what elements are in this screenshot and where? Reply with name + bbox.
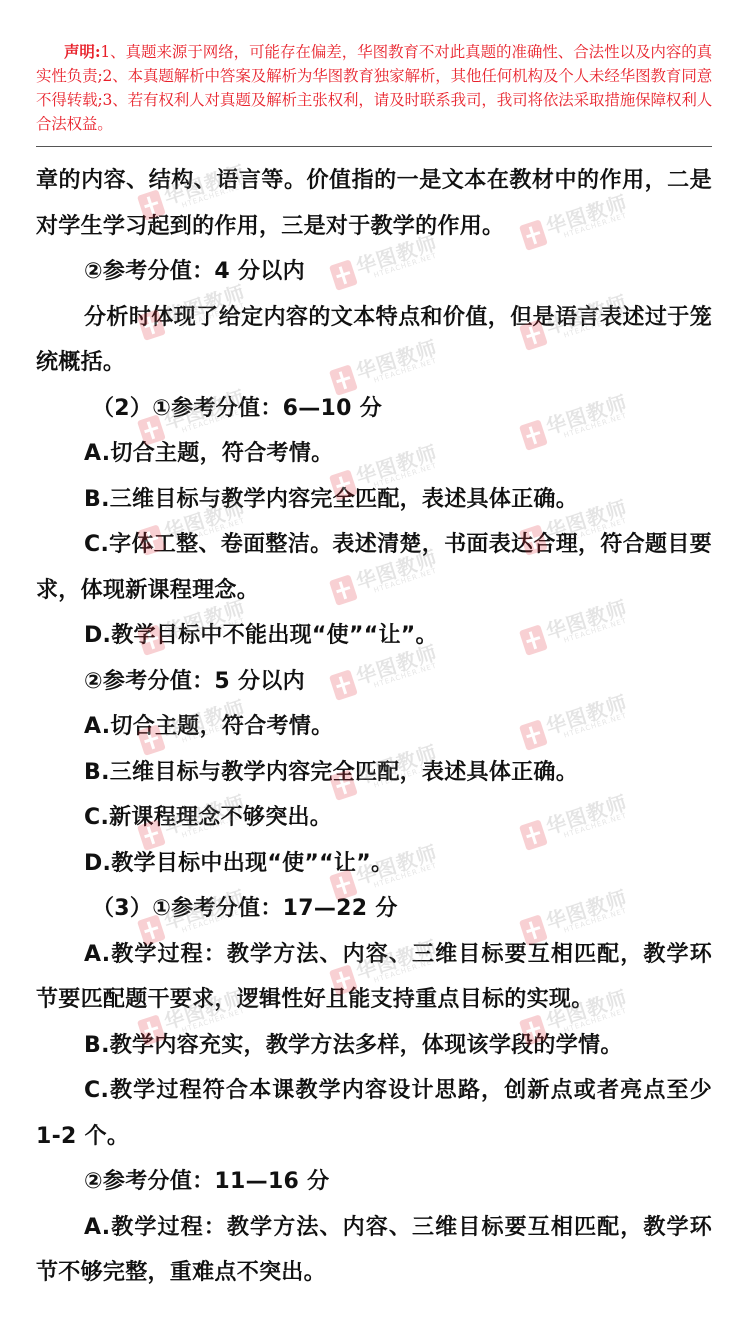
criterion-q2-l1-d: D.教学目标中不能出现“使”“让”。 [36, 613, 712, 659]
copyright-disclaimer: 声明:1、真题来源于网络，可能存在偏差，华图教育不对此真题的准确性、合法性以及内… [36, 40, 712, 136]
paragraph-score-q3-level1: （3）①参考分值：17—22 分 [36, 886, 712, 932]
criterion-q2-l2-b: B.三维目标与教学内容完全匹配，表述具体正确。 [36, 750, 712, 796]
criterion-q2-l2-a: A.切合主题，符合考情。 [36, 704, 712, 750]
criterion-q3-l1-a: A.教学过程：教学方法、内容、三维目标要互相匹配，教学环节要匹配题干要求，逻辑性… [36, 932, 712, 1023]
criterion-q3-l2-a: A.教学过程：教学方法、内容、三维目标要互相匹配，教学环节不够完整，重难点不突出… [36, 1205, 712, 1296]
criterion-q2-l1-b: B.三维目标与教学内容完全匹配，表述具体正确。 [36, 477, 712, 523]
paragraph-score-q1-level2: ②参考分值：4 分以内 [36, 249, 712, 295]
disclaimer-text: 1、真题来源于网络，可能存在偏差，华图教育不对此真题的准确性、合法性以及内容的真… [36, 43, 712, 133]
criterion-q3-l1-b: B.教学内容充实，教学方法多样，体现该学段的学情。 [36, 1023, 712, 1069]
answer-key-body: 章的内容、结构、语言等。价值指的一是文本在教材中的作用，二是对学生学习起到的作用… [36, 158, 712, 1296]
document-page: 声明:1、真题来源于网络，可能存在偏差，华图教育不对此真题的准确性、合法性以及内… [0, 0, 748, 1334]
criterion-q2-l2-d: D.教学目标中出现“使”“让”。 [36, 841, 712, 887]
disclaimer-lead: 声明: [64, 42, 100, 61]
paragraph-value-analysis: 章的内容、结构、语言等。价值指的一是文本在教材中的作用，二是对学生学习起到的作用… [36, 158, 712, 249]
paragraph-score-q3-level2: ②参考分值：11—16 分 [36, 1159, 712, 1205]
criterion-q2-l2-c: C.新课程理念不够突出。 [36, 795, 712, 841]
paragraph-score-q2-level1: （2）①参考分值：6—10 分 [36, 386, 712, 432]
header-divider [36, 146, 712, 147]
criterion-q2-l1-c: C.字体工整、卷面整洁。表述清楚，书面表达合理，符合题目要求，体现新课程理念。 [36, 522, 712, 613]
paragraph-score-q2-level2: ②参考分值：5 分以内 [36, 659, 712, 705]
criterion-q3-l1-c: C.教学过程符合本课教学内容设计思路，创新点或者亮点至少 1-2 个。 [36, 1068, 712, 1159]
paragraph-q1-level2-criteria: 分析时体现了给定内容的文本特点和价值，但是语言表述过于笼统概括。 [36, 295, 712, 386]
criterion-q2-l1-a: A.切合主题，符合考情。 [36, 431, 712, 477]
